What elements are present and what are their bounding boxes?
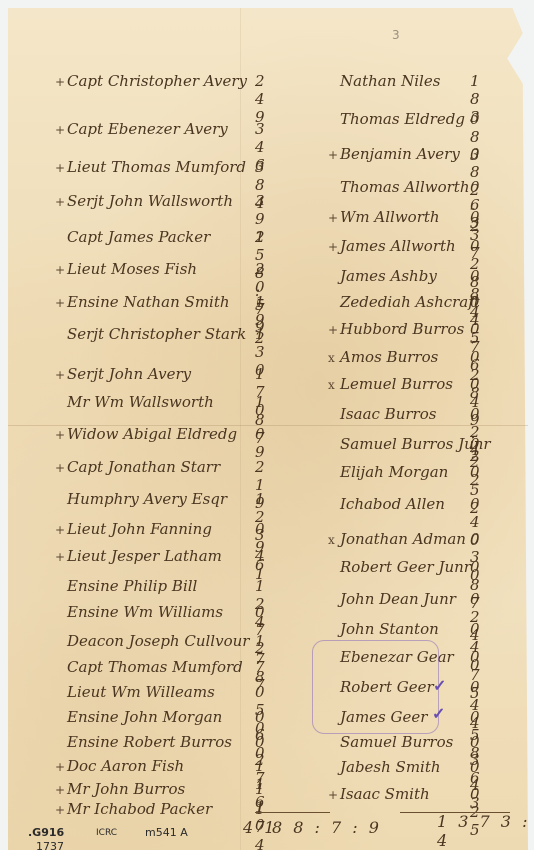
ledger-entry: Capt James Packer — [55, 228, 210, 246]
entry-name: Widow Abigal Eldredg — [67, 425, 237, 443]
ledger-entry: xLemuel Burros — [328, 375, 453, 393]
entry-name: Benjamin Avery — [340, 145, 460, 163]
ledger-entry: +Lieut Moses Fish — [55, 260, 197, 278]
violet-check-icon: ✓ — [433, 676, 446, 695]
ledger-entry: +Wm Allworth — [328, 208, 440, 226]
entry-name: Isaac Burros — [340, 405, 436, 423]
ledger-entry: +Serjt John Avery — [55, 365, 191, 383]
ledger-entry: Thomas Allworth — [328, 178, 470, 196]
ledger-entry: John Dean Junr — [328, 590, 456, 608]
entry-mark: + — [55, 428, 67, 442]
fold-line-vertical — [240, 8, 241, 850]
entry-mark: + — [328, 240, 340, 254]
entry-name: Doc Aaron Fish — [67, 757, 184, 775]
pencil-page-number: 3 — [392, 28, 400, 42]
left-column-total: 8 8 : 7 : 9 — [272, 818, 382, 837]
entry-mark: + — [328, 148, 340, 162]
entry-name: Lieut Wm Willeams — [67, 683, 215, 701]
entry-mark: + — [55, 161, 67, 175]
catalog-code: ICRC — [96, 828, 117, 838]
ledger-entry: Deacon Joseph Cullvour — [55, 632, 249, 650]
entry-name: Thomas Allworth — [340, 178, 470, 196]
entry-name: Serjt John Wallsworth — [67, 192, 233, 210]
entry-mark: + — [55, 760, 67, 774]
entry-mark: + — [55, 296, 67, 310]
entry-mark: + — [55, 123, 67, 137]
entry-name: Lieut John Fanning — [67, 520, 212, 538]
entry-mark: + — [55, 263, 67, 277]
entry-name: Serjt John Avery — [67, 365, 191, 383]
entry-amount: 0 9 — [255, 425, 268, 461]
entry-mark: x — [328, 378, 340, 392]
entry-name: Mr Wm Wallsworth — [67, 393, 214, 411]
ledger-entry: +Widow Abigal Eldredg — [55, 425, 237, 443]
ledger-entry: John Stanton — [328, 620, 439, 638]
ledger-entry: +Capt Christopher Avery — [55, 72, 247, 90]
right-column-total: 1 3 7 3 : 4 — [437, 812, 534, 850]
ledger-entry: +Mr Ichabod Packer — [55, 800, 212, 818]
ledger-entry: +Isaac Smith — [328, 785, 430, 803]
entry-name: James Ashby — [340, 267, 437, 285]
ledger-entry: +Lieut John Fanning — [55, 520, 212, 538]
entry-name: Ensine Wm Williams — [67, 603, 223, 621]
entry-name: Capt Jonathan Starr — [67, 458, 220, 476]
ledger-entry: Samuel Burros Junr — [328, 435, 491, 453]
entry-name: Capt Thomas Mumford — [67, 658, 243, 676]
entry-mark: + — [55, 461, 67, 475]
ledger-entry: Samuel Burros — [328, 733, 453, 751]
violet-check-icon: ✓ — [432, 704, 445, 723]
ledger-entry: Ensine Wm Williams — [55, 603, 223, 621]
entry-mark: + — [55, 75, 67, 89]
ledger-entry: +Lieut Jesper Latham — [55, 547, 222, 565]
entry-mark: + — [55, 195, 67, 209]
entry-name: James Allworth — [340, 237, 456, 255]
ledger-entry: +Mr John Burros — [55, 780, 185, 798]
ledger-entry: Ensine Robert Burros — [55, 733, 232, 751]
ledger-entry: Ensine Philip Bill — [55, 577, 197, 595]
entry-name: Humphry Avery Esqr — [67, 490, 227, 508]
entry-name: Lemuel Burros — [340, 375, 453, 393]
entry-name: Lieut Moses Fish — [67, 260, 197, 278]
entry-mark: + — [328, 788, 340, 802]
sum-rule-left — [255, 812, 330, 813]
entry-name: Lieut Jesper Latham — [67, 547, 222, 565]
entry-name: Elijah Morgan — [340, 463, 448, 481]
ledger-entry: Lieut Wm Willeams — [55, 683, 215, 701]
entry-name: Mr Ichabod Packer — [67, 800, 212, 818]
ledger-entry: +Capt Ebenezer Avery — [55, 120, 228, 138]
ledger-entry: Mr Wm Wallsworth — [55, 393, 214, 411]
catalog-call-number: .G916 — [28, 826, 64, 839]
entry-name: Thomas Eldredg — [340, 110, 465, 128]
ledger-entry: +Ensine Nathan Smith — [55, 293, 230, 311]
ledger-entry: +Lieut Thomas Mumford — [55, 158, 246, 176]
entry-name: Lieut Thomas Mumford — [67, 158, 246, 176]
entry-mark: + — [328, 323, 340, 337]
ledger-entry: xJonathan Adman — [328, 530, 466, 548]
entry-name: John Dean Junr — [340, 590, 456, 608]
ledger-entry: +Hubbord Burros — [328, 320, 464, 338]
entry-mark: + — [55, 368, 67, 382]
entry-name: Ichabod Allen — [340, 495, 445, 513]
entry-name: Jonathan Adman — [340, 530, 466, 548]
entry-name: John Stanton — [340, 620, 439, 638]
entry-name: Robert Geer Junr — [340, 558, 471, 576]
ledger-entry: +Doc Aaron Fish — [55, 757, 184, 775]
ledger-entry: Nathan Niles — [328, 72, 440, 90]
entry-mark: + — [55, 523, 67, 537]
entry-mark: + — [55, 550, 67, 564]
entry-mark: x — [328, 351, 340, 365]
ledger-entry: Humphry Avery Esqr — [55, 490, 227, 508]
entry-name: Samuel Burros — [340, 733, 453, 751]
entry-name: Capt Christopher Avery — [67, 72, 247, 90]
catalog-manuscript-number: m541 A — [145, 826, 188, 839]
ledger-entry: xAmos Burros — [328, 348, 438, 366]
violet-bracket-annotation — [312, 640, 439, 734]
ledger-entry: Jabesh Smith — [328, 758, 441, 776]
entry-mark: + — [55, 783, 67, 797]
entry-amount: 2 4 9 — [255, 72, 268, 126]
entry-name: Jabesh Smith — [340, 758, 441, 776]
ledger-entry: Elijah Morgan — [328, 463, 448, 481]
ledger-entry: Thomas Eldredg — [328, 110, 465, 128]
ledger-entry: Zedediah Ashcraft — [328, 293, 480, 311]
entry-name: Zedediah Ashcraft — [340, 293, 480, 311]
ledger-entry: Capt Thomas Mumford — [55, 658, 243, 676]
entry-name: Serjt Christopher Stark — [67, 325, 246, 343]
entry-name: Mr John Burros — [67, 780, 185, 798]
entry-name: Capt Ebenezer Avery — [67, 120, 228, 138]
entry-name: Ensine Robert Burros — [67, 733, 232, 751]
ledger-entry: Ensine John Morgan — [55, 708, 222, 726]
entry-name: Amos Burros — [340, 348, 438, 366]
entry-name: Nathan Niles — [340, 72, 440, 90]
entry-mark: + — [55, 803, 67, 817]
entry-mark: x — [328, 533, 340, 547]
entry-name: Isaac Smith — [340, 785, 430, 803]
entry-name: Hubbord Burros — [340, 320, 464, 338]
catalog-year: 1737 — [36, 840, 64, 850]
ledger-entry: +Benjamin Avery — [328, 145, 460, 163]
ledger-entry: Robert Geer Junr — [328, 558, 471, 576]
entry-name: Ensine Nathan Smith — [67, 293, 230, 311]
ledger-entry: James Ashby — [328, 267, 437, 285]
entry-name: Deacon Joseph Cullvour — [67, 632, 249, 650]
entry-mark: + — [328, 211, 340, 225]
ledger-entry: Serjt Christopher Stark — [55, 325, 246, 343]
ledger-entry: +James Allworth — [328, 237, 456, 255]
ledger-entry: +Capt Jonathan Starr — [55, 458, 220, 476]
entry-name: Capt James Packer — [67, 228, 210, 246]
ledger-entry: Ichabod Allen — [328, 495, 445, 513]
entry-name: Wm Allworth — [340, 208, 440, 226]
entry-name: Ensine Philip Bill — [67, 577, 197, 595]
ledger-entry: Isaac Burros — [328, 405, 436, 423]
ledger-entry: +Serjt John Wallsworth — [55, 192, 233, 210]
entry-name: Samuel Burros Junr — [340, 435, 491, 453]
entry-name: Ensine John Morgan — [67, 708, 222, 726]
